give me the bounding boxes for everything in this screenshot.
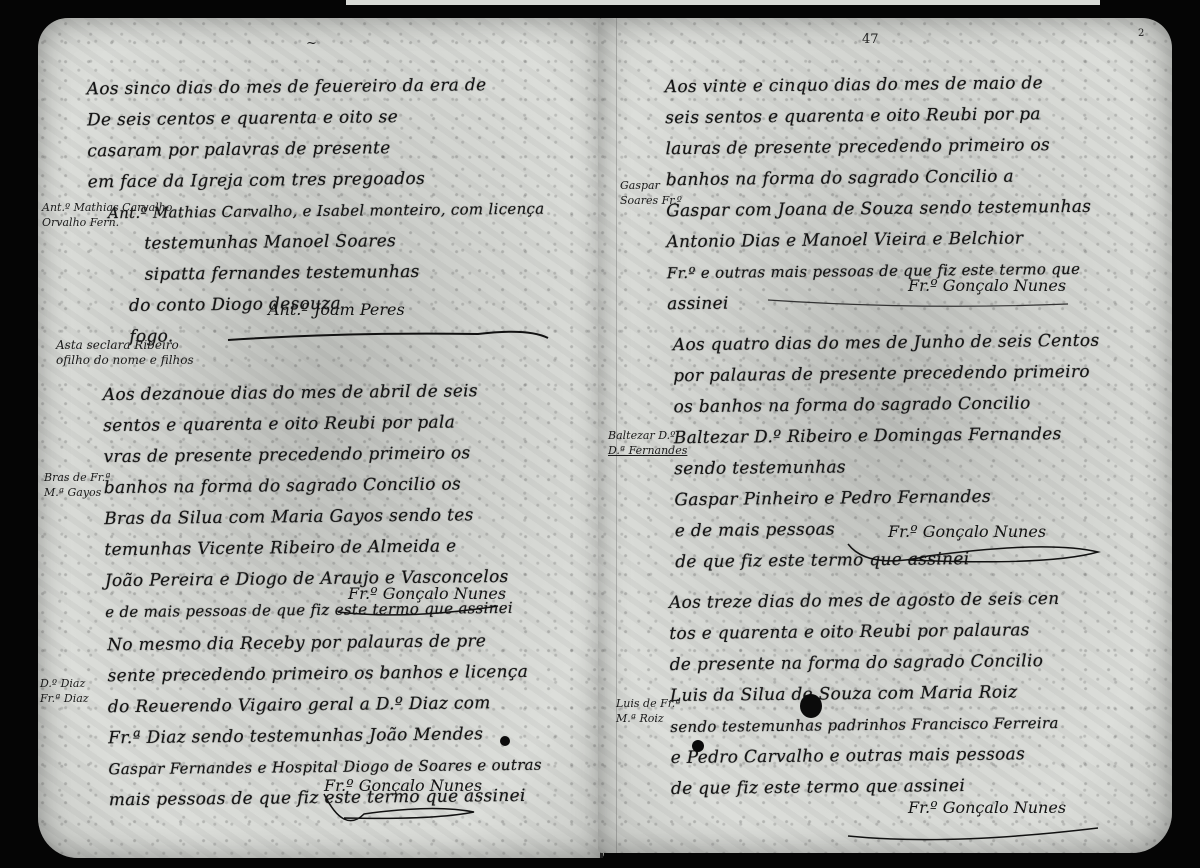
signature: Fr.º Gonçalo Nunes (908, 276, 1066, 295)
ink-blot (800, 694, 822, 718)
film-edge-strip (346, 0, 1100, 5)
margin-note-line: Luis de Fr.ª (616, 696, 681, 711)
margin-note: Ant.º Mathias Carvalho Orvalho Fern. (42, 200, 172, 230)
margin-note-line: Soares Fr.º (620, 193, 682, 208)
entry-line: Aos dezanoue dias do mes de abril de sei… (103, 376, 511, 411)
entry-line: sendo testemunhas (674, 450, 1101, 485)
entry-line: Aos quatro dias do mes de Junho de seis … (673, 326, 1100, 361)
signature-flourish-icon (228, 308, 548, 348)
entry-line: de presente na forma do sagrado Concilio (670, 646, 1061, 681)
left-page: ~ Aos sinco dias do mes de feuereiro da … (38, 18, 604, 858)
entry-line: Fr.ª Diaz sendo testemunhas João Mendes (108, 719, 542, 755)
entry-line: temunhas Vicente Ribeiro de Almeida e (104, 531, 512, 566)
entry-line: por palauras de presente precedendo prim… (673, 357, 1100, 392)
entry-line: Baltezar D.º Ribeiro e Domingas Fernande… (674, 419, 1101, 454)
signature-flourish-icon (284, 784, 484, 844)
margin-note-line: Gaspar (620, 178, 682, 193)
entry-line: sipatta fernandes testemunhas (144, 256, 545, 291)
signature: Fr.º Gonçalo Nunes (888, 522, 1046, 541)
margin-note-line: M.ª Gayos (44, 485, 111, 500)
margin-note-line: D.ª Fernandes (608, 443, 687, 458)
entry-line: seis sentos e quarenta e oito Reubi por … (665, 99, 1090, 134)
entry-line: sendo testemunhas padrinhos Francisco Fe… (670, 708, 1061, 743)
entry-line: banhos na forma do sagrado Concilio a (666, 161, 1091, 196)
margin-note-line: D.º Diaz (40, 676, 89, 691)
signature-flourish-icon (308, 592, 508, 622)
corner-number: 2 (1138, 28, 1144, 39)
margin-note-line: Baltezar D.º (608, 428, 687, 443)
signature: Ant.º Joam Peres (268, 300, 405, 319)
entry-line: sentos e quarenta e oito Reubi por pala (103, 407, 511, 442)
entry-line: casaram por palavras de presente (87, 132, 544, 168)
margin-note: Gaspar Soares Fr.º (620, 178, 682, 208)
entry-line: e Pedro Carvalho e outras mais pessoas (670, 739, 1061, 774)
top-mark: ~ (306, 36, 317, 51)
entry-line: Luis da Silua de Souza com Maria Roiz (670, 677, 1061, 712)
entry-line: em face da Igreja com tres pregoados (88, 163, 545, 199)
entry-line: Gaspar Pinheiro e Pedro Fernandes (674, 481, 1101, 516)
signature-flourish-icon (848, 530, 1108, 570)
entry-line: Aos treze dias do mes de agosto de seis … (669, 584, 1060, 619)
signature: Fr.º Gonçalo Nunes (348, 584, 506, 603)
entry-line: vras de presente precedendo primeiro os (103, 438, 511, 473)
entry-line: Ant.º Mathias Carvalho, e Isabel monteir… (108, 194, 545, 230)
folio-number: 47 (862, 32, 879, 47)
entry-line: Aos vinte e cinquo dias do mes de maio d… (665, 68, 1090, 103)
entry-line: sente precedendo primeiro os banhos e li… (107, 657, 541, 693)
entry-line: Gaspar com Joana de Souza sendo testemun… (666, 192, 1091, 227)
ink-blot (500, 736, 510, 746)
entry-line: Antonio Dias e Manoel Vieira e Belchior (666, 223, 1091, 258)
entry-line: os banhos na forma do sagrado Concilio (673, 388, 1100, 423)
entry-line: banhos na forma do sagrado Concilio os (104, 469, 512, 504)
signature-flourish-icon (868, 284, 1168, 314)
margin-note: Luis de Fr.ª M.ª Roiz (616, 696, 681, 726)
margin-note-line: Ant.º Mathias Carvalho (42, 200, 172, 215)
register-entry: Aos treze dias do mes de agosto de seis … (669, 584, 1062, 805)
margin-note: D.º Diaz Fr.ª Diaz (40, 676, 89, 706)
entry-footnote: Asta seclara Ribeiro ofilho do nome e fi… (56, 338, 194, 368)
entry-line: tos e quarenta e oito Reubi por palauras (669, 615, 1060, 650)
margin-note: Baltezar D.º D.ª Fernandes (608, 428, 687, 458)
ink-blot (692, 740, 704, 752)
entry-line: lauras de presente precedendo primeiro o… (665, 130, 1090, 165)
entry-line: Bras da Silua com Maria Gayos sendo tes (104, 500, 512, 535)
signature-flourish-icon (868, 806, 1128, 846)
footnote-line: ofilho do nome e filhos (56, 353, 194, 368)
margin-note: Bras de Fr.ª M.ª Gayos (44, 470, 111, 500)
entry-line: Aos sinco dias do mes de feuereiro da er… (87, 70, 544, 106)
signature: Fr.º Gonçalo Nunes (324, 776, 482, 795)
margin-note-line: Orvalho Fern. (42, 215, 172, 230)
entry-line: testemunhas Manoel Soares (144, 225, 545, 260)
footnote-line: Asta seclara Ribeiro (56, 338, 194, 353)
entry-line: De seis centos e quarenta e oito se (87, 101, 544, 137)
entry-line: do Reuerendo Vigairo geral a D.º Diaz co… (108, 688, 542, 724)
right-page: 47 2 Aos vinte e cinquo dias do mes de m… (598, 18, 1172, 853)
margin-note-line: Bras de Fr.ª (44, 470, 111, 485)
entry-line: No mesmo dia Receby por palauras de pre (107, 626, 541, 662)
margin-note-line: M.ª Roiz (616, 711, 681, 726)
signature: Fr.º Gonçalo Nunes (908, 798, 1066, 817)
margin-note-line: Fr.ª Diaz (40, 691, 89, 706)
